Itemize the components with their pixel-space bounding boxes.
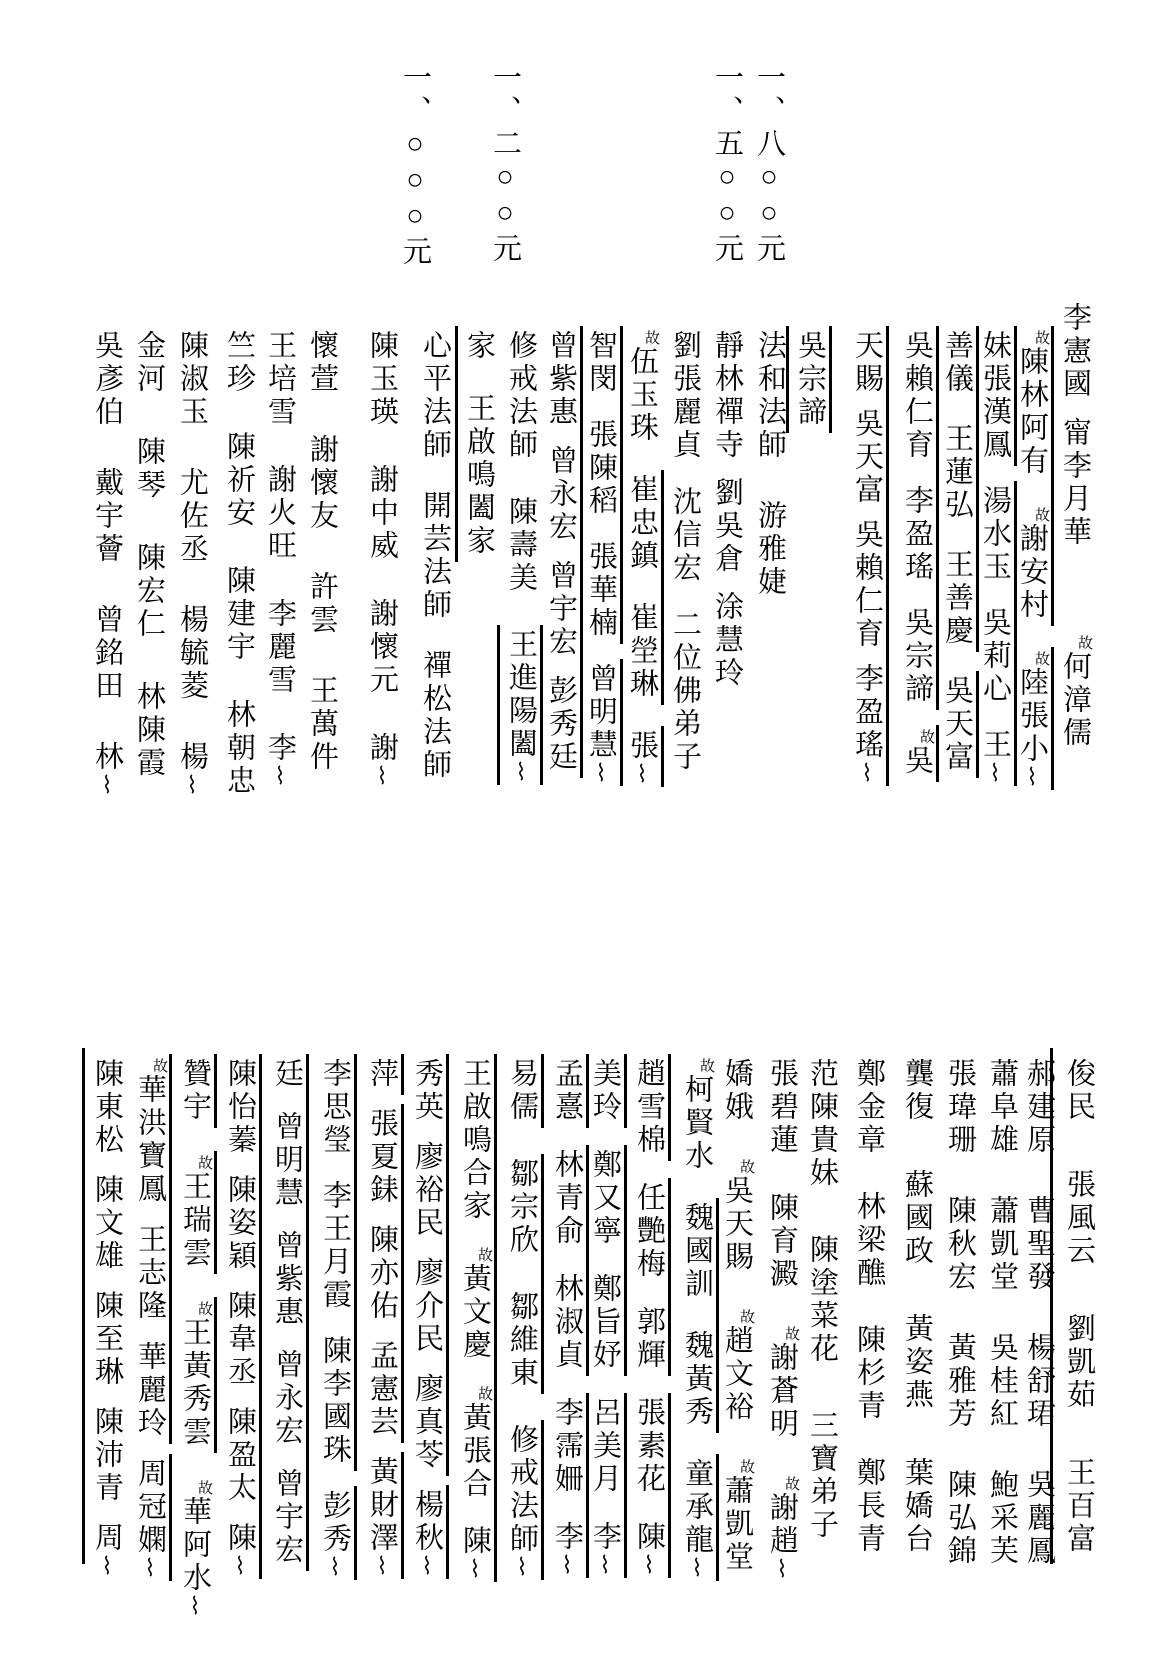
donor-name: 陳韋丞 <box>224 1290 256 1389</box>
deceased-marker: 故 <box>1033 507 1048 522</box>
donor-name: 曾宇宏 <box>545 560 577 659</box>
donor-name: 吳賴仁育 <box>901 330 933 462</box>
donor-name: 黃雅芳 <box>944 1332 976 1431</box>
group-divider-line <box>716 1198 719 1433</box>
deceased-marker: 故 <box>1033 330 1048 345</box>
donor-name: 李憲國 <box>1059 302 1091 401</box>
group-divider-line <box>936 725 939 782</box>
donor-name: 林朝忠 <box>223 699 255 798</box>
continuation-mark <box>596 762 606 782</box>
donor-name-column: 龔復蘇國政黃姿燕葉嬌台 <box>900 1058 934 1556</box>
group-divider-line <box>624 1393 627 1578</box>
continuation-mark <box>330 1556 340 1576</box>
donor-name-column: 智閔張陳稻張華楠曾明慧 <box>584 330 618 782</box>
donor-name: 嬌娥 <box>721 1058 753 1124</box>
donor-name-column: 鄭金章林梁醮陳杉青鄭長青 <box>852 1058 886 1556</box>
amount-label: 一、二○○元 <box>489 62 521 266</box>
deceased-marker: 故 <box>643 330 658 345</box>
group-divider-line <box>620 326 623 644</box>
group-divider-line <box>259 1054 262 1579</box>
donor-name-column: 秀英廖裕民廖介民廖真苓楊秋 <box>410 1058 444 1575</box>
amount-header-column: 一、八○○元 <box>752 62 786 266</box>
donor-name: 曾銘田 <box>91 604 123 703</box>
group-divider-line <box>661 470 664 705</box>
donor-name: 彭秀 <box>319 1490 351 1576</box>
donor-name-column: 萍張夏銇陳亦佑孟憲芸黃財澤 <box>365 1058 399 1575</box>
donor-name: 故謝安村 <box>1016 507 1048 622</box>
group-divider-line <box>829 326 832 433</box>
donor-name: 張瑋珊 <box>944 1058 976 1157</box>
continuation-mark <box>422 1555 432 1575</box>
group-divider-line <box>306 1054 309 1571</box>
donor-name: 劉張麗貞 <box>669 330 701 462</box>
donor-name: 善儀 <box>941 330 973 396</box>
donor-name: 劉凱茹 <box>1063 1313 1095 1412</box>
donor-name-column: 廷曾明慧曾紫惠曾永宏曾宇宏 <box>270 1058 304 1567</box>
group-divider-line <box>354 1486 357 1580</box>
group-divider-line <box>624 1145 627 1376</box>
donor-name-column: 趙雪棉任艷梅郭輝張素花陳 <box>632 1058 666 1574</box>
donor-name: 孟憙 <box>551 1058 583 1124</box>
donor-name: 故趙文裕 <box>721 1309 753 1424</box>
donor-name: 楊毓菱 <box>176 604 208 703</box>
deceased-marker: 故 <box>698 1058 713 1073</box>
donor-name-column: 劉張麗貞沈信宏二位佛弟子 <box>668 330 702 774</box>
donor-name: 修戒法師 <box>506 1424 538 1576</box>
donor-name: 許雲 <box>306 571 338 637</box>
donor-name: 二位佛弟子 <box>669 609 701 774</box>
donor-name: 李 <box>589 1521 621 1574</box>
donor-name: 陳琴 <box>133 436 165 502</box>
donor-name: 陳東松 <box>91 1058 123 1157</box>
donor-name: 天賜 <box>851 330 883 396</box>
donor-name: 謝 <box>366 732 398 785</box>
donor-name: 開芸法師 <box>419 490 451 622</box>
donor-name-column: 易儒鄒宗欣鄒維東修戒法師 <box>505 1058 539 1576</box>
donor-name: 張素花 <box>633 1397 665 1496</box>
donor-name: 李 <box>551 1521 583 1574</box>
group-divider-line <box>661 726 664 787</box>
donor-name: 王 <box>979 729 1011 782</box>
donor-name-column: 靜林禪寺劉吳倉涂慧玲 <box>710 330 744 690</box>
donor-name: 彭秀廷 <box>545 675 577 774</box>
donor-name: 心平法師 <box>419 330 451 462</box>
donor-name-column: 王啟鳴合家故黃文慶故黃張合陳 <box>458 1058 492 1578</box>
donor-name-column: 妹張漢鳳湯水玉吳莉心王 <box>978 330 1012 782</box>
donor-name: 故陳林阿有 <box>1016 330 1048 478</box>
continuation-mark <box>990 762 1000 782</box>
group-divider-line <box>716 1454 719 1581</box>
donor-name-column: 蕭阜雄蕭凱堂吳桂紅鮑采芙 <box>985 1058 1019 1568</box>
group-divider-line <box>541 1054 544 1128</box>
donor-name: 懷萱 <box>306 330 338 396</box>
deceased-marker: 故 <box>738 1159 753 1174</box>
continuation-mark <box>517 1556 527 1576</box>
donor-name: 故王瑞雲 <box>179 1155 211 1270</box>
continuation-mark <box>102 1555 112 1575</box>
group-divider-line <box>540 625 543 785</box>
donor-name-column: 修戒法師陳壽美王進陽闔 <box>504 330 538 781</box>
group-divider-line <box>494 1054 497 1582</box>
deceased-marker: 故 <box>738 1459 753 1474</box>
donor-name: 王啟鳴闔家 <box>463 393 495 558</box>
donor-name: 林梁醮 <box>853 1191 885 1290</box>
donor-name: 呂美月 <box>589 1397 621 1496</box>
donor-name: 禪松法師 <box>419 650 451 782</box>
donor-name-column: 張瑋珊陳秋宏黃雅芳陳弘錦 <box>943 1058 977 1568</box>
donor-name: 趙雪棉 <box>633 1058 665 1157</box>
donor-name: 張華楠 <box>585 541 617 640</box>
donor-name: 吳彥伯 <box>91 330 123 429</box>
donor-name: 陳盈太 <box>224 1406 256 1505</box>
donor-name-column: 懷萱謝懷友許雲王萬件 <box>305 330 339 774</box>
donor-name: 涂慧玲 <box>711 591 743 690</box>
donor-name-column: 陳東松陳文雄陳至琳陳沛青周 <box>90 1058 124 1575</box>
donor-name: 萍 <box>366 1058 398 1091</box>
donor-name: 陳姿穎 <box>224 1174 256 1273</box>
donor-name-column: 故陳林阿有故謝安村故陸張小 <box>1015 330 1049 786</box>
donor-name-column: 陳玉瑛謝中威謝懷元謝 <box>365 330 399 785</box>
continuation-mark <box>644 1554 654 1574</box>
donor-name: 竺珍 <box>223 330 255 396</box>
donor-name: 湯水玉 <box>979 485 1011 584</box>
donor-name: 魏國訓 <box>681 1202 713 1301</box>
amount-label: 一、五○○元 <box>711 62 743 266</box>
donor-name: 故黃文慶 <box>459 1247 491 1362</box>
donor-name: 郭輝 <box>633 1306 665 1372</box>
donor-name: 故謝趙 <box>766 1476 798 1578</box>
donor-name-column: 贊宇故王瑞雲故王黃秀雲故華阿水 <box>178 1058 212 1615</box>
amount-header-column: 一、○○○元 <box>398 62 432 269</box>
deceased-marker: 故 <box>1076 635 1091 650</box>
group-divider-line <box>455 326 458 562</box>
donor-name: 楊秋 <box>411 1489 443 1575</box>
donor-name-column: 天賜吳天富吳賴仁育李盈瑤 <box>850 330 884 782</box>
donor-name: 李王月霞 <box>319 1180 351 1312</box>
donor-name: 魏黃秀 <box>681 1330 713 1429</box>
donor-name: 吳桂紅 <box>986 1332 1018 1431</box>
group-divider-line <box>620 659 623 786</box>
continuation-mark <box>145 1557 155 1577</box>
donor-name: 修戒法師 <box>505 330 537 462</box>
donor-name: 故謝蒼明 <box>766 1326 798 1441</box>
donor-name: 曾永宏 <box>545 445 577 544</box>
deceased-marker: 故 <box>783 1326 798 1341</box>
donor-name: 陳沛青 <box>91 1406 123 1505</box>
donor-name: 陳育澱 <box>766 1192 798 1291</box>
group-divider-line <box>541 1420 544 1580</box>
donor-name: 吳天富 <box>851 408 883 507</box>
donor-name: 家 <box>463 330 495 363</box>
group-divider-line <box>1014 481 1017 786</box>
donor-name: 游雅婕 <box>754 500 786 599</box>
donor-name: 吳宗諦 <box>901 607 933 706</box>
group-divider-line <box>497 625 500 785</box>
donor-name: 法和法師 <box>754 330 786 462</box>
donor-name: 吳賴仁育 <box>851 519 883 651</box>
donor-name: 陳 <box>224 1522 256 1575</box>
continuation-mark <box>275 765 285 785</box>
donor-name: 林淑貞 <box>551 1273 583 1372</box>
donor-name: 陳文雄 <box>91 1174 123 1273</box>
donor-name: 曾紫惠 <box>545 330 577 429</box>
donor-name: 鄭旨妤 <box>589 1273 621 1372</box>
donor-name: 范陳貴妹 <box>806 1058 838 1190</box>
group-divider-line <box>936 326 939 710</box>
group-divider-line <box>668 1393 671 1578</box>
donor-name: 李 <box>264 732 296 785</box>
group-divider-line <box>668 1054 671 1161</box>
donor-name: 蕭阜雄 <box>986 1058 1018 1157</box>
group-divider-line <box>169 1454 172 1581</box>
donor-name: 廖介民 <box>411 1257 443 1356</box>
donor-name: 王善慶 <box>941 549 973 648</box>
donor-name-column: 嬌娥故吳天賜故趙文裕故蕭凱堂 <box>720 1058 754 1574</box>
group-divider-line <box>1051 647 1054 790</box>
donor-name-column: 吳彥伯戴宇薈曾銘田林 <box>90 330 124 794</box>
donor-name: 鄒維東 <box>506 1291 538 1390</box>
donor-name: 黃姿燕 <box>901 1313 933 1412</box>
donor-name: 鄒宗欣 <box>506 1158 538 1257</box>
donor-name: 陳 <box>633 1521 665 1574</box>
donor-name: 蘇國政 <box>901 1169 933 1268</box>
donor-name: 李思瑩 <box>319 1058 351 1157</box>
group-divider-line <box>401 1452 404 1579</box>
donor-name: 鄭又寧 <box>589 1149 621 1248</box>
donor-name: 秀英 <box>411 1058 443 1124</box>
donor-name: 吳天富 <box>941 675 973 774</box>
donor-name-column: 陳怡蓁陳姿穎陳韋丞陳盈太陳 <box>223 1058 257 1575</box>
donor-name: 林青俞 <box>551 1149 583 1248</box>
deceased-marker: 故 <box>476 1386 491 1401</box>
donor-name: 王百富 <box>1063 1457 1095 1556</box>
donor-name: 周 <box>91 1522 123 1575</box>
continuation-mark <box>862 762 872 782</box>
group-divider-line <box>586 1145 589 1376</box>
amount-label: 一、○○○元 <box>399 62 431 269</box>
donor-name: 謝懷元 <box>366 598 398 697</box>
donor-name: 吳莉心 <box>979 607 1011 706</box>
donor-name: 故何漳儒 <box>1059 635 1091 750</box>
deceased-marker: 故 <box>1033 651 1048 666</box>
amount-label: 一、八○○元 <box>753 62 785 266</box>
donor-name-column: 吳賴仁育李盈瑤吳宗諦故吳 <box>900 330 934 778</box>
donor-name: 金河 <box>133 330 165 396</box>
continuation-mark <box>562 1554 572 1574</box>
group-divider-line <box>580 326 583 778</box>
donor-name: 陳秋宏 <box>944 1195 976 1294</box>
donor-name: 陳怡蓁 <box>224 1058 256 1157</box>
donor-name: 謝火旺 <box>264 464 296 563</box>
continuation-mark <box>777 1558 787 1578</box>
group-divider-line <box>214 1297 217 1453</box>
group-divider-line <box>82 1048 85 1564</box>
donor-name: 陳壽美 <box>505 496 537 595</box>
donor-name: 張夏銇 <box>366 1108 398 1207</box>
donor-name: 謝中威 <box>366 464 398 563</box>
donor-name: 張 <box>626 730 658 783</box>
donor-name: 張風云 <box>1063 1169 1095 1268</box>
donor-name-column: 心平法師開芸法師禪松法師 <box>418 330 452 782</box>
donor-name: 故蕭凱堂 <box>721 1459 753 1574</box>
memorial-donor-list-page: 一、八○○元一、五○○元一、二○○元一、○○○元李憲國甯李月華故何漳儒故陳林阿有… <box>0 0 1167 1653</box>
donor-name-column: 俊民張風云劉凱茹王百富 <box>1062 1058 1096 1556</box>
deceased-marker: 故 <box>476 1247 491 1262</box>
donor-name: 任艷梅 <box>633 1182 665 1281</box>
donor-name: 蕭凱堂 <box>986 1195 1018 1294</box>
group-divider-line <box>886 326 889 786</box>
donor-name: 陳李國珠 <box>319 1335 351 1467</box>
donor-name: 孟憲芸 <box>366 1340 398 1439</box>
donor-name: 陳玉瑛 <box>366 330 398 429</box>
donor-name: 鮑采芙 <box>986 1469 1018 1568</box>
group-divider-line <box>214 1151 217 1274</box>
donor-name: 故吳天賜 <box>721 1159 753 1274</box>
continuation-mark <box>637 763 647 783</box>
group-divider-line <box>1051 326 1054 626</box>
donor-name: 鄭長青 <box>853 1457 885 1556</box>
donor-name-column: 吳宗諦 <box>793 330 827 429</box>
group-divider-line <box>976 671 979 778</box>
continuation-mark <box>102 774 112 794</box>
donor-name: 曾明慧 <box>271 1111 303 1210</box>
continuation-mark <box>516 761 526 781</box>
donor-name: 童承龍 <box>681 1458 713 1577</box>
continuation-mark <box>692 1557 702 1577</box>
continuation-mark <box>190 1595 200 1615</box>
group-divider-line <box>169 1054 172 1444</box>
group-divider-line <box>586 1393 589 1578</box>
group-divider-line <box>624 1054 627 1128</box>
donor-name: 尤佐丞 <box>176 467 208 566</box>
deceased-marker: 故 <box>196 1480 211 1495</box>
deceased-marker: 故 <box>151 1058 166 1073</box>
donor-name: 陳 <box>459 1525 491 1578</box>
donor-name: 龔復 <box>901 1058 933 1124</box>
donor-name: 王志隆 <box>134 1224 166 1323</box>
donor-name: 吳宗諦 <box>794 330 826 429</box>
donor-name: 張陳稻 <box>585 419 617 518</box>
donor-name: 謝懷友 <box>306 434 338 533</box>
donor-name: 智閔 <box>585 330 617 396</box>
donor-name: 陳亦佑 <box>366 1224 398 1323</box>
donor-name-column: 善儀王蓮弘王善慶吳天富 <box>940 330 974 774</box>
donor-name-column: 曾紫惠曾永宏曾宇宏彭秀廷 <box>544 330 578 774</box>
donor-name-column: 家王啟鳴闔家 <box>462 330 496 558</box>
donor-name: 甯李月華 <box>1059 417 1091 549</box>
donor-name: 曾永宏 <box>271 1349 303 1448</box>
donor-name: 陳祈安 <box>223 431 255 530</box>
donor-name-column: 金河陳琴陳宏仁林陳霞 <box>132 330 166 780</box>
amount-header-column: 一、二○○元 <box>488 62 522 266</box>
donor-name: 廷 <box>271 1058 303 1091</box>
group-divider-line <box>668 1178 671 1376</box>
donor-name-column: 竺珍陳祈安陳建宇林朝忠 <box>222 330 256 798</box>
donor-name: 張碧蓮 <box>766 1058 798 1157</box>
donor-name-column: 李憲國甯李月華故何漳儒 <box>1058 302 1092 750</box>
donor-name-column: 孟憙林青俞林淑貞李霈姍李 <box>550 1058 584 1574</box>
donor-name: 葉嬌台 <box>901 1457 933 1556</box>
donor-name: 故伍玉珠 <box>626 330 658 445</box>
group-divider-line <box>401 1104 404 1443</box>
donor-name: 黃財澤 <box>366 1456 398 1575</box>
donor-name: 易儒 <box>506 1058 538 1124</box>
donor-name: 王培雪 <box>264 330 296 429</box>
deceased-marker: 故 <box>918 729 933 744</box>
donor-name: 故柯賢水 <box>681 1058 713 1173</box>
continuation-mark <box>600 1554 610 1574</box>
donor-name: 陳塗菜花 <box>806 1234 838 1366</box>
donor-name: 靜林禪寺 <box>711 330 743 462</box>
group-divider-line <box>541 1154 544 1394</box>
donor-name-column: 張碧蓮陳育澱故謝蒼明故謝趙 <box>765 1058 799 1578</box>
donor-name: 王萬件 <box>306 675 338 774</box>
amount-header-column: 一、五○○元 <box>710 62 744 266</box>
donor-name: 美玲 <box>589 1058 621 1124</box>
donor-name: 戴宇薈 <box>91 467 123 566</box>
continuation-mark <box>187 774 197 794</box>
donor-name: 俊民 <box>1063 1058 1095 1124</box>
donor-name: 崔塋琳 <box>626 602 658 701</box>
donor-name: 故黃張合 <box>459 1386 491 1501</box>
group-divider-line <box>354 1054 357 1471</box>
donor-name: 贊宇 <box>179 1058 211 1124</box>
donor-name-column: 陳淑玉尤佐丞楊毓菱楊 <box>175 330 209 794</box>
donor-name-column: 法和法師游雅婕 <box>753 330 787 599</box>
donor-name: 曾明慧 <box>585 663 617 782</box>
deceased-marker: 故 <box>196 1155 211 1170</box>
donor-name: 李霈姍 <box>551 1397 583 1496</box>
donor-name-column: 王培雪謝火旺李麗雪李 <box>263 330 297 785</box>
donor-name: 李盈瑤 <box>851 663 883 782</box>
donor-name: 陳弘錦 <box>944 1469 976 1568</box>
donor-name-column: 李思瑩李王月霞陳李國珠彭秀 <box>318 1058 352 1576</box>
donor-name: 陳建宇 <box>223 565 255 664</box>
group-divider-line <box>214 1054 217 1128</box>
donor-name: 曾宇宏 <box>271 1468 303 1567</box>
donor-name: 故華洪寶鳳 <box>134 1058 166 1206</box>
continuation-mark <box>1027 766 1037 786</box>
donor-name: 陳至琳 <box>91 1290 123 1389</box>
continuation-mark <box>235 1555 245 1575</box>
donor-name: 林 <box>91 741 123 794</box>
group-divider-line <box>401 1054 404 1095</box>
donor-name: 王進陽闔 <box>505 629 537 781</box>
donor-name: 故陸張小 <box>1016 651 1048 786</box>
deceased-marker: 故 <box>738 1309 753 1324</box>
donor-name: 李麗雪 <box>264 598 296 697</box>
group-divider-line <box>446 1485 449 1579</box>
donor-name: 廖裕民 <box>411 1141 443 1240</box>
continuation-mark <box>377 1555 387 1575</box>
donor-name: 鄭金章 <box>853 1058 885 1157</box>
donor-name: 沈信宏 <box>669 486 701 585</box>
donor-name: 楊 <box>176 741 208 794</box>
donor-name: 曾紫惠 <box>271 1230 303 1329</box>
deceased-marker: 故 <box>783 1476 798 1491</box>
group-divider-line <box>1050 1048 1053 1564</box>
donor-name: 妹張漢鳳 <box>979 330 1011 462</box>
donor-name: 故王黃秀雲 <box>179 1301 211 1449</box>
donor-name: 林陳霞 <box>133 681 165 780</box>
donor-name: 廖真苓 <box>411 1373 443 1472</box>
donor-name: 陳淑玉 <box>176 330 208 429</box>
donor-name: 劉吳倉 <box>711 477 743 576</box>
deceased-marker: 故 <box>196 1301 211 1316</box>
donor-name-column: 故柯賢水魏國訓魏黃秀童承龍 <box>680 1058 714 1577</box>
donor-name: 崔忠鎮 <box>626 474 658 573</box>
donor-name: 故吳 <box>901 729 933 778</box>
